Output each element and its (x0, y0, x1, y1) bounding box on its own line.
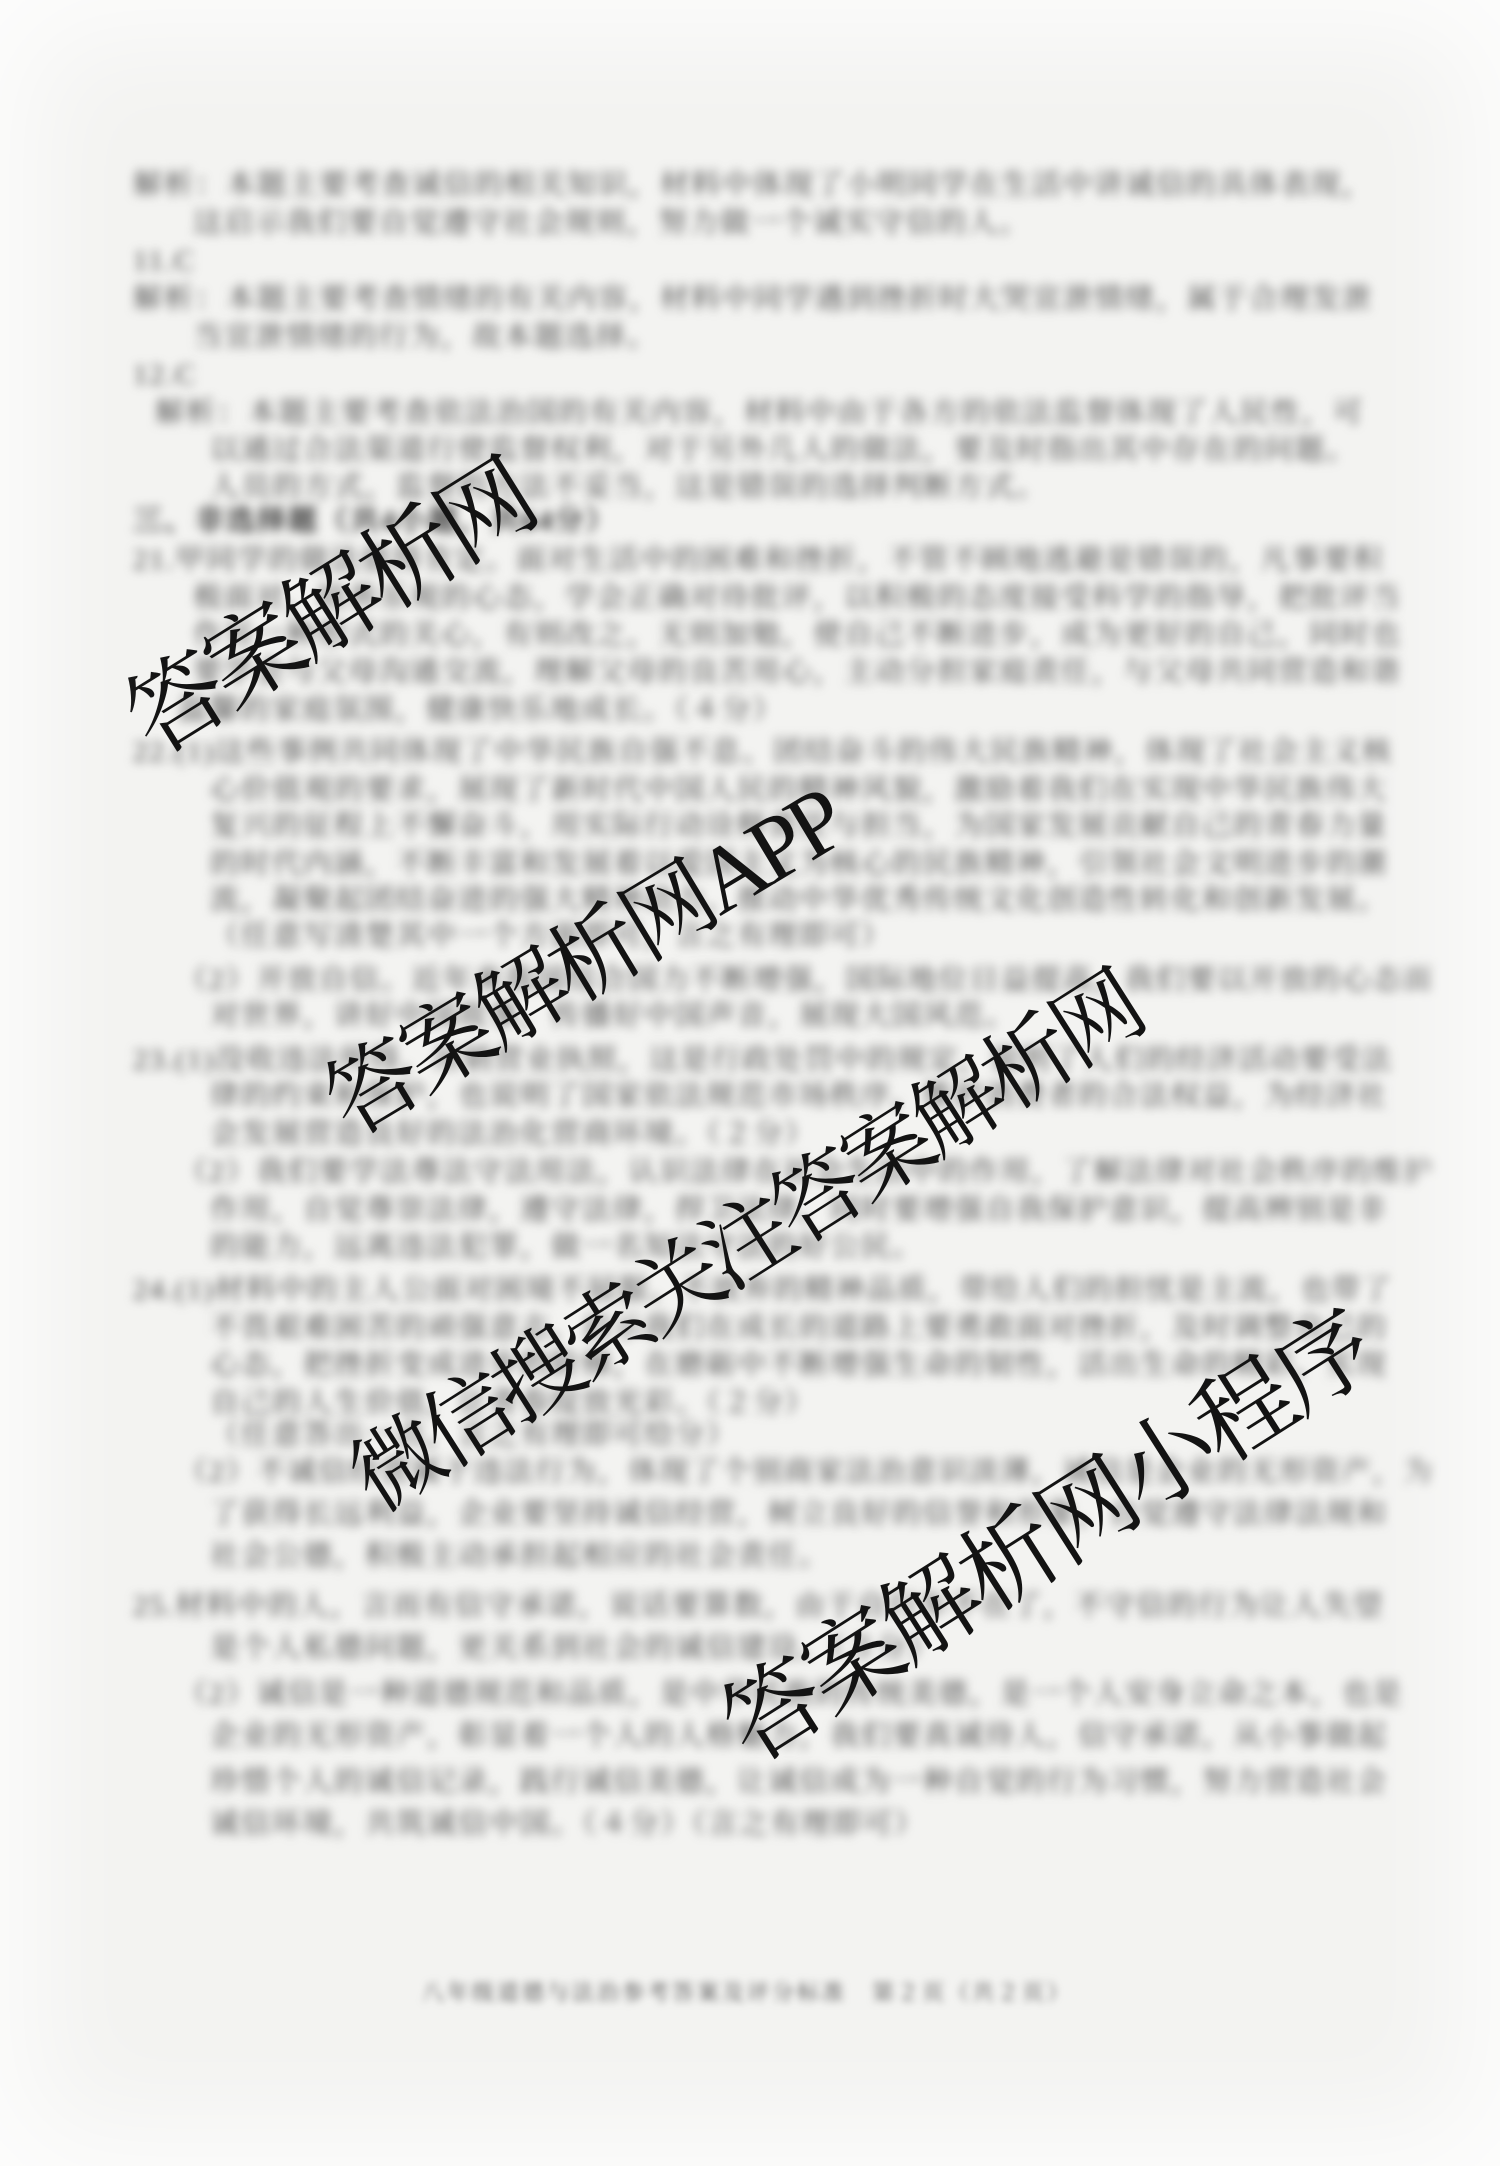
blurred-text-line: 珍惜个人的诚信记录，践行诚信美德，让诚信成为一种自觉的行为习惯，努力营造社会 (210, 1767, 1388, 1797)
document-page: 解析：本题主要考查诚信的相关知识，材料中体现了小明同学在生活中讲诚信的具体表现，… (0, 0, 1500, 2166)
blurred-text-line: 25.材料中的人，言而有信守承诺，说话要算数，由于自行车不在了，不守信的行为让人… (133, 1591, 1384, 1621)
blurred-text-line: 这启示我们要自觉遵守社会规则，努力做一个诚实守信的人。 (193, 208, 1030, 238)
blurred-text-line: 解析：本题主要考查情绪的有关内容，材料中同学遇到挫折时大哭宣泄情绪，属于合理发泄 (133, 284, 1373, 314)
blurred-text-line: 11.C (133, 246, 196, 276)
blurred-text-line: 社会公德，积极主动承担起相应的社会责任。 (210, 1541, 830, 1571)
blurred-text-line: （2）开放自信。近年来我国综合国力不断增强，国际地位日益提高，我们要以开放的心态… (178, 965, 1435, 995)
blurred-text-line: 12.C (133, 360, 197, 390)
blurred-text-line: 要学会与父母沟通交流，理解父母的良苦用心，主动分担家庭责任，与父母共同营造和谐 (193, 657, 1402, 687)
blurred-text-line: 22.(1)这些事例共同体现了中华民族自强不息、团结奋斗的伟大民族精神，体现了社… (133, 737, 1393, 767)
blurred-text-line: 解析：本题主要考查依法治国的有关内容，材料中由于各方的依法监督体现了人民性，可 (155, 398, 1364, 428)
blurred-text-line: 人员的方式，监督的方法不妥当，这是错误的选择判断方式。 (210, 472, 1047, 502)
blurred-text-line: 会发展营造良好的法治化营商环境。（２分） (210, 1119, 816, 1149)
page-footer: 八年级道德与法治参考答案及评分标准 第２页（共２页） (422, 1976, 1072, 2007)
blurred-text-line: 解析：本题主要考查诚信的相关知识，材料中体现了小明同学在生活中讲诚信的具体表现， (133, 170, 1373, 200)
blurred-text-line: 当宣泄情绪的行为，故本题选择。 (193, 322, 658, 352)
blurred-text-line: 诚信环境，共筑诚信中国。（４分）（言之有理即可） (210, 1809, 925, 1839)
blurred-text-line: 以通过合法渠道行使监督权利，对于另外几人的做法，要及时指出其中存在的问题。 (210, 435, 1357, 465)
